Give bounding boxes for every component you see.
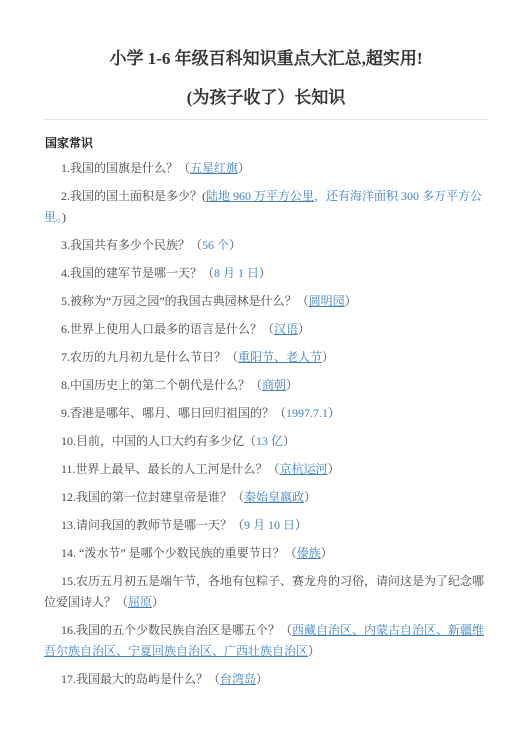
question-text: ） [304,490,316,504]
question-text: 3.我国共有多少个民族？（ [61,238,202,252]
question-text: ） [283,434,295,448]
question-text: 5.被称为“万园之园”的我国古典园林是什么？（ [61,294,309,308]
answer-link[interactable]: 屈原 [128,595,152,609]
qa-item: 16.我国的五个少数民族自治区是哪五个？（西藏自治区、内蒙古自治区、新疆维吾尔族… [44,620,488,662]
question-text: ） [152,595,164,609]
question-text: ） [328,462,340,476]
question-text: 14. “泼水节” 是哪个少数民族的重要节日？（ [61,546,297,560]
qa-item: 6.世界上使用人口最多的语言是什么？（汉语） [44,319,488,340]
page-subtitle: (为孩子收了）长知识 [44,86,488,110]
answer-link[interactable]: 台湾岛 [220,672,256,686]
qa-item: 9.香港是哪年、哪月、哪日回归祖国的？（1997.7.1） [44,403,488,424]
question-text: ） [238,161,250,175]
qa-item: 12.我国的第一位封建皇帝是谁？（秦始皇嬴政） [44,487,488,508]
qa-item: 8.中国历史上的第二个朝代是什么？（商朝） [44,375,488,396]
divider [44,119,488,120]
question-text: ） [321,546,333,560]
question-text: 4.我国的建军节是哪一天？（ [61,266,214,280]
question-text: ） [345,294,357,308]
answer-link[interactable]: 傣族 [297,546,321,560]
question-text: 16.我国的五个少数民族自治区是哪五个？（ [61,623,292,637]
section-title: 国家常识 [45,136,488,150]
qa-item: 2.我国的国土面积是多少？(陆地 960 万平方公里，还有海洋面积 300 多万… [44,186,488,228]
question-text: 7.农历的九月初九是什么节日？（ [61,350,238,364]
answer-link[interactable]: 圆明园 [309,294,345,308]
qa-item: 5.被称为“万园之园”的我国古典园林是什么？（圆明园） [44,291,488,312]
qa-item: 13.请问我国的教师节是哪一天？（9 月 10 日） [44,515,488,536]
question-text: 13.请问我国的教师节是哪一天？（ [61,518,244,532]
question-text: 1.我国的国旗是什么？（ [61,161,190,175]
qa-item: 14. “泼水节” 是哪个少数民族的重要节日？（傣族） [44,543,488,564]
qa-item: 15.农历五月初五是端午节，各地有包粽子、赛龙舟的习俗，请问这是为了纪念哪位爱国… [44,571,488,613]
question-text: 15.农历五月初五是端午节，各地有包粽子、赛龙舟的习俗，请问这是为了纪念哪位爱国… [44,574,484,609]
answer-link[interactable]: 重阳节、老人节 [238,350,322,364]
answer-value: 56 个 [202,238,229,252]
answer-value: 9 月 10 日 [244,518,295,532]
qa-item: 10.目前，中国的人口大约有多少亿（13 亿） [44,431,488,452]
qa-item: 4.我国的建军节是哪一天？（8 月 1 日） [44,263,488,284]
question-text: ） [256,672,268,686]
question-text: ） [322,350,334,364]
question-text: 10.目前，中国的人口大约有多少亿（ [61,434,256,448]
answer-link[interactable]: 陆地 960 万平方公里 [206,189,314,203]
qa-item: 3.我国共有多少个民族？（56 个） [44,235,488,256]
question-text: 11.世界上最早、最长的人工河是什么？（ [61,462,280,476]
qa-item: 11.世界上最早、最长的人工河是什么？（京杭运河） [44,459,488,480]
answer-link[interactable]: 京杭运河 [280,462,328,476]
answer-value: 13 亿 [256,434,283,448]
question-text: ） [295,518,307,532]
question-text: ） [259,266,271,280]
question-text: ） [286,378,298,392]
qa-list: 1.我国的国旗是什么？（五星红旗）2.我国的国土面积是多少？(陆地 960 万平… [44,158,488,690]
answer-link[interactable]: 五星红旗 [190,161,238,175]
question-text: 2.我国的国土面积是多少？( [61,189,206,203]
question-text: 6.世界上使用人口最多的语言是什么？（ [61,322,274,336]
page-title: 小学 1-6 年级百科知识重点大汇总,超实用! [44,47,488,71]
question-text: ） [328,406,340,420]
question-text: ） [229,238,241,252]
qa-item: 7.农历的九月初九是什么节日？（重阳节、老人节） [44,347,488,368]
question-text: ） [308,644,320,658]
answer-value: 1997.7.1 [286,406,328,420]
question-text: ） [298,322,310,336]
qa-item: 17.我国最大的岛屿是什么？（台湾岛） [44,669,488,690]
article-page: 小学 1-6 年级百科知识重点大汇总,超实用! (为孩子收了）长知识 国家常识 … [0,0,532,745]
question-text: 8.中国历史上的第二个朝代是什么？（ [61,378,262,392]
answer-link[interactable]: 秦始皇嬴政 [244,490,304,504]
qa-item: 1.我国的国旗是什么？（五星红旗） [44,158,488,179]
question-text: 12.我国的第一位封建皇帝是谁？（ [61,490,244,504]
question-text: ) [62,210,66,224]
answer-link[interactable]: 汉语 [274,322,298,336]
answer-value: 8 月 1 日 [214,266,259,280]
question-text: 17.我国最大的岛屿是什么？（ [61,672,220,686]
answer-link[interactable]: 商朝 [262,378,286,392]
question-text: 9.香港是哪年、哪月、哪日回归祖国的？（ [61,406,286,420]
